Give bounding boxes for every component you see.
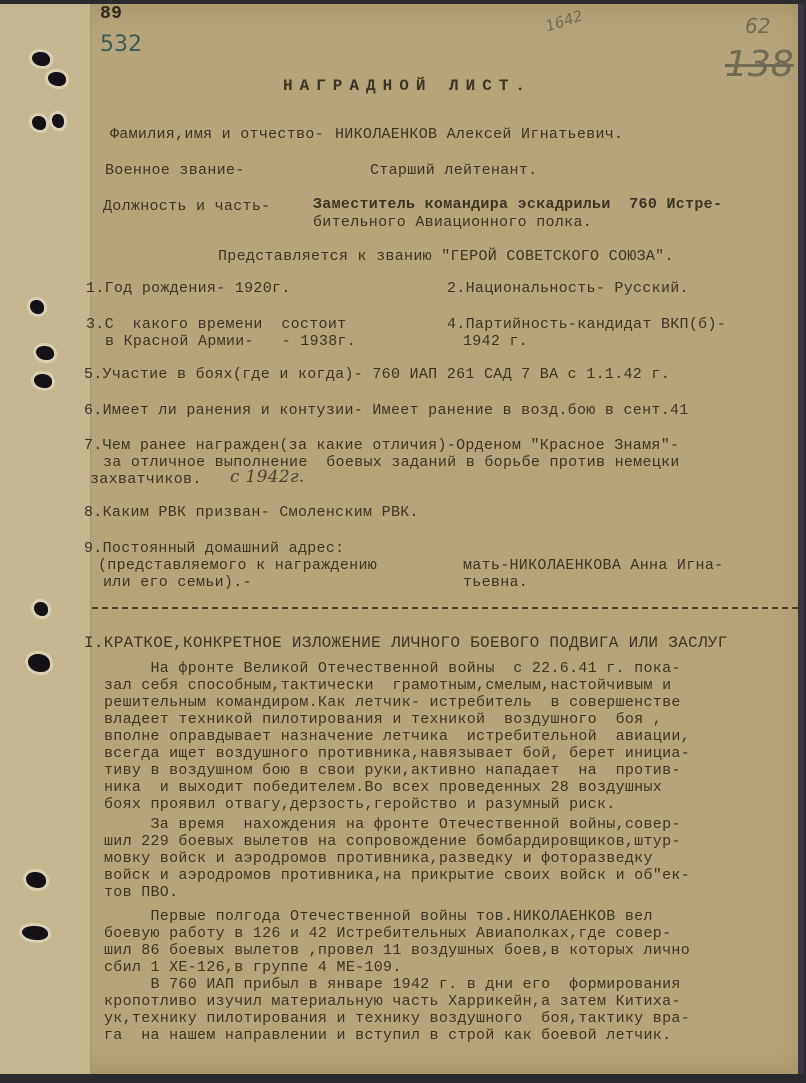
narrative-line: всегда ищет воздушного противника,навязы… (104, 745, 690, 762)
narrative-line: сбил 1 ХЕ-126,в группе 4 МЕ-109. (104, 959, 402, 976)
punch-hole (28, 654, 50, 672)
narrative-line: ника и выходит победителем.Во всех прове… (104, 779, 662, 796)
narrative-line: вполне оправдывает назначение летчика ис… (104, 728, 690, 745)
punch-hole (34, 602, 48, 616)
narrative-line: На фронте Великой Отечественной войны с … (104, 660, 681, 677)
punch-hole (22, 926, 48, 940)
narrative-line: шил 86 боевых вылетов ,провел 11 воздушн… (104, 942, 690, 959)
handwritten-date: с 1942г. (230, 467, 305, 487)
narrative-line: зал себя способным,тактически грамотным,… (104, 677, 671, 694)
document-title: НАГРАДНОЙ ЛИСТ. (283, 77, 532, 95)
item-1: 1.Год рождения- 1920г. (86, 280, 291, 297)
item-2: 2.Национальность- Русский. (447, 280, 689, 297)
position-label: Должность и часть- (103, 198, 270, 215)
item-3-line2: в Красной Армии- - 1938г. (105, 333, 356, 350)
narrative-line: войск и аэродромов противника,на прикрыт… (104, 867, 690, 884)
item-7-line2: за отличное выполнение боевых заданий в … (103, 454, 680, 471)
narrative-line: кропотливо изучил материальную часть Хар… (104, 993, 681, 1010)
punch-hole (48, 72, 66, 86)
item-9: 9.Постоянный домашний адрес: (84, 540, 344, 557)
nomination: Представляется к званию "ГЕРОЙ СОВЕТСКОГ… (218, 248, 674, 265)
narrative-line: боях проявил отвагу,дерзость,геройство и… (104, 796, 616, 813)
item-5: 5.Участие в боях(где и когда)- 760 ИАП 2… (84, 366, 670, 383)
item-9-line3: или его семьи).- (103, 574, 252, 591)
pencil-folio-crossed: 138 (725, 44, 794, 85)
rank-value: Старший лейтенант. (370, 162, 537, 179)
narrative-line: тиву в воздушном бою в свои руки,активно… (104, 762, 681, 779)
archive-ink-number: 532 (100, 32, 142, 57)
narrative-line: Первые полгода Отечественной войны тов.Н… (104, 908, 653, 925)
punch-hole (32, 116, 46, 130)
item-6: 6.Имеет ли ранения и контузии- Имеет ран… (84, 402, 689, 419)
award-sheet-page: 89 532 1642 62 138 НАГРАДНОЙ ЛИСТ. Фамил… (0, 4, 804, 1074)
punch-hole (52, 114, 64, 128)
narrative-line: мовку войск и аэродромов противника,разв… (104, 850, 653, 867)
narrative-line: га на нашем направлении и вступил в стро… (104, 1027, 671, 1044)
page-edge (798, 4, 804, 1074)
item-4-line2: 1942 г. (463, 333, 528, 350)
section-heading: I.КРАТКОЕ,КОНКРЕТНОЕ ИЗЛОЖЕНИЕ ЛИЧНОГО Б… (84, 634, 728, 652)
narrative-line: В 760 ИАП прибыл в январе 1942 г. в дни … (104, 976, 681, 993)
name-value: НИКОЛАЕНКОВ Алексей Игнатьевич. (335, 126, 623, 143)
item-8: 8.Каким РВК призван- Смоленским РВК. (84, 504, 419, 521)
position-value-line1: Заместитель командира эскадрильи 760 Ист… (313, 196, 722, 213)
item-7-line3: захватчиков. (90, 471, 202, 488)
punch-hole (34, 374, 52, 388)
pencil-number: 1642 (543, 7, 585, 36)
narrative-line: тов ПВО. (104, 884, 178, 901)
punch-hole (26, 872, 46, 888)
archive-stamp: 89 (100, 4, 122, 24)
item-9-value-line1: мать-НИКОЛАЕНКОВА Анна Игна- (463, 557, 723, 574)
narrative-line: боевую работу в 126 и 42 Истребительных … (104, 925, 671, 942)
rank-label: Военное звание- (105, 162, 245, 179)
position-value-line2: бительного Авиационного полка. (313, 214, 592, 231)
name-label: Фамилия,имя и отчество- (110, 126, 324, 143)
narrative-line: За время нахождения на фронте Отечествен… (104, 816, 681, 833)
item-4: 4.Партийность-кандидат ВКП(б)- (447, 316, 726, 333)
item-9-line2: (представляемого к награждению (98, 557, 377, 574)
section-separator (92, 607, 798, 609)
narrative-line: ук,технику пилотирования и технику возду… (104, 1010, 690, 1027)
punch-hole (30, 300, 44, 314)
narrative-line: владеет техникой пилотирования и технико… (104, 711, 662, 728)
item-7: 7.Чем ранее награжден(за какие отличия)-… (84, 437, 679, 454)
item-3: 3.С какого времени состоит (86, 316, 346, 333)
item-9-value-line2: тьевна. (463, 574, 528, 591)
narrative-line: решительным командиром.Как летчик- истре… (104, 694, 681, 711)
pencil-folio-upper: 62 (745, 14, 770, 38)
punch-hole (36, 346, 54, 360)
binding-margin (0, 4, 91, 1074)
narrative-line: шил 229 боевых вылетов на сопровождение … (104, 833, 681, 850)
punch-hole (32, 52, 50, 66)
